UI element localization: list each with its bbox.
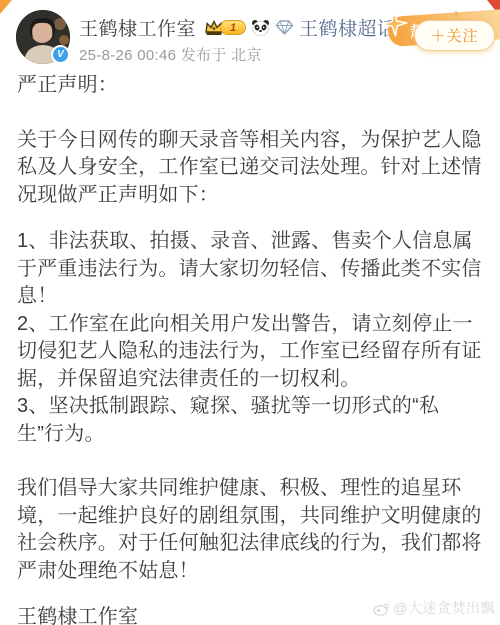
vip-crown-badge[interactable]: 1 — [204, 19, 246, 37]
post-meta: 25-8-26 00:46 发布于 北京 — [79, 44, 262, 65]
verified-badge-icon: V — [51, 45, 70, 64]
post-source: 发布于 北京 — [181, 47, 262, 64]
panda-emoji-icon — [251, 19, 270, 36]
gem-icon — [275, 19, 294, 36]
follow-button[interactable]: ＋关注 — [414, 20, 495, 51]
statement-closing: 我们倡导大家共同维护健康、积极、理性的追星环境，一起维护良好的剧组氛围，共同维护… — [17, 475, 484, 585]
post-content: 严正声明： 关于今日网传的聊天录音等相关内容，为保护艺人隐私及人身安全，工作室已… — [17, 72, 484, 625]
timestamp: 25-8-26 00:46 — [79, 47, 176, 64]
statement-point-2: 2、工作室在此向相关用户发出警告，请立刻停止一切侵犯艺人隐私的违法行为，工作室已… — [17, 311, 484, 394]
weibo-watermark: @大迷贪焚出飘 — [373, 598, 495, 618]
supertopic-link[interactable]: 王鹤棣超话 — [275, 14, 397, 41]
sparkle-star-icon — [381, 10, 409, 38]
weibo-logo-icon — [373, 601, 390, 616]
statement-point-3: 3、坚决抵制跟踪、窥探、骚扰等一切形式的“私生”行为。 — [17, 393, 484, 448]
username[interactable]: 王鹤棣工作室 — [79, 14, 196, 41]
watermark-handle: @大迷贪焚出飘 — [393, 598, 495, 618]
vip-level-badge: 1 — [220, 20, 246, 35]
statement-point-1: 1、非法获取、拍摄、录音、泄露、售卖个人信息属于严重违法行为。请大家切勿轻信、传… — [17, 228, 484, 311]
statement-intro: 关于今日网传的聊天录音等相关内容，为保护艺人隐私及人身安全，工作室已递交司法处理… — [17, 127, 484, 210]
statement-title: 严正声明： — [17, 72, 484, 100]
post-header: V 王鹤棣工作室 1 — [0, 0, 500, 75]
